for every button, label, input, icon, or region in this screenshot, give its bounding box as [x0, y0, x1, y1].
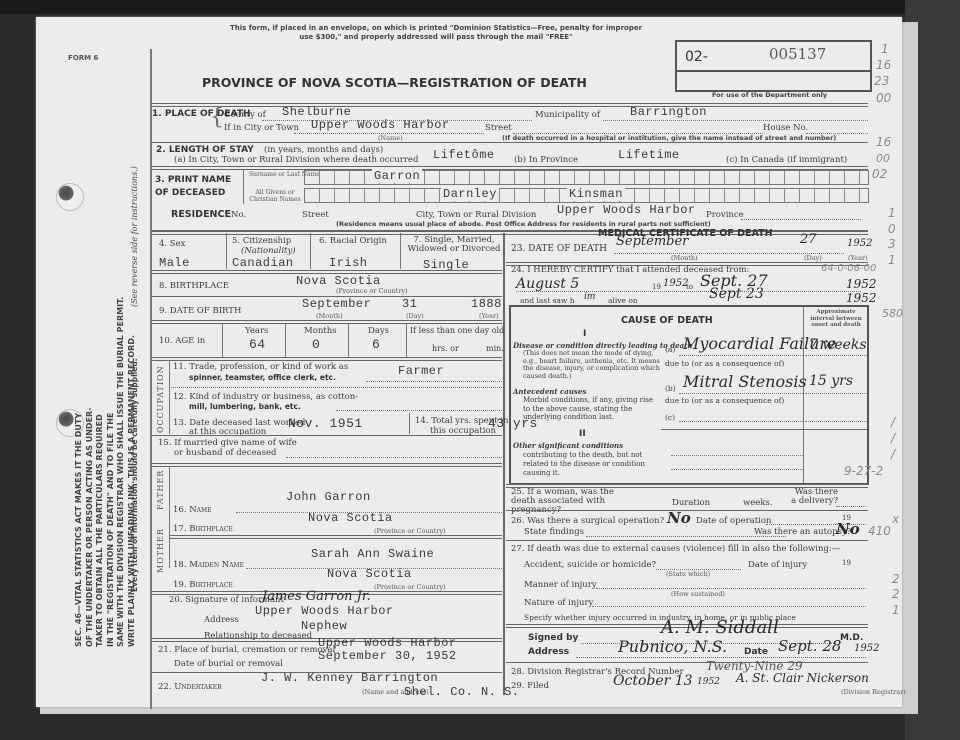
signature-year: 1952: [854, 643, 879, 654]
death-registration-form: FORM 6 SEC. 46—VITAL STATISTICS ACT MAKE…: [36, 17, 902, 707]
dob-day: 31: [402, 297, 417, 311]
undertaker-address: Shel. Co. N. S.: [404, 685, 520, 699]
column-divider: [503, 233, 505, 695]
last-worked-value: Nov. 1951: [288, 416, 363, 431]
margin-rule: [150, 49, 152, 709]
burial-date: September 30, 1952: [318, 649, 457, 663]
residence-city-value: Upper Woods Harbor: [557, 203, 696, 217]
physician-signature: A. M. Siddall: [661, 617, 779, 638]
pencil-tick: /: [891, 415, 895, 429]
informant-signature: James Garron Jr.: [262, 589, 371, 604]
cause-of-death-box: CAUSE OF DEATH Approximate interval betw…: [509, 305, 869, 485]
father-birthplace: Nova Scotia: [308, 511, 393, 525]
pencil-tick: /: [891, 431, 895, 445]
pencil-tick: /: [891, 447, 895, 461]
city-value: Upper Woods Harbor: [311, 118, 450, 132]
given-name-2: Kinsman: [567, 187, 625, 201]
birthplace-value: Nova Scotia: [296, 274, 381, 288]
given-name-1: Darnley: [441, 187, 499, 201]
pencil-mark: 1: [888, 206, 896, 220]
hospital-note: (If death occurred in a hospital or inst…: [502, 134, 836, 142]
department-note: For use of the Department only: [712, 91, 827, 99]
stay-province-value: Lifetime: [618, 148, 680, 162]
death-year: 1952: [847, 238, 872, 249]
burial-place: Upper Woods Harbor: [318, 636, 457, 650]
mother-birthplace: Nova Scotia: [327, 567, 412, 581]
informant-address: Upper Woods Harbor: [255, 604, 394, 618]
trade-value: Farmer: [398, 364, 444, 378]
interval-header: Approximate interval between onset and d…: [806, 309, 866, 329]
registration-prefix: 02-: [685, 49, 708, 65]
pencil-mark: 410: [868, 524, 891, 538]
death-month: September: [616, 234, 688, 249]
signature-date: Sept. 28: [778, 637, 841, 655]
autopsy-value: No: [836, 520, 860, 538]
registration-number: 005137: [769, 45, 826, 63]
place-of-death-label: 1. PLACE OF DEATH: [152, 109, 207, 120]
postal-notice: This form, if placed in an envelope, on …: [216, 24, 656, 42]
surname-value: Garron: [372, 169, 422, 183]
length-of-stay-label: 2. LENGTH OF STAY: [156, 145, 254, 155]
last-saw-pronoun: im: [584, 292, 595, 302]
pencil-delivery-code: 9-27-2: [844, 464, 883, 478]
dob-month: September: [302, 297, 371, 311]
pencil-mark: 1: [892, 603, 900, 617]
cause-heading: CAUSE OF DEATH: [621, 315, 713, 326]
sex-value: Male: [159, 256, 190, 270]
citizenship-value: Canadian: [232, 256, 294, 270]
pencil-mark: 1: [888, 253, 896, 267]
pencil-mark: 00: [876, 91, 891, 105]
death-day: 27: [800, 232, 817, 247]
stay-city-value: Lifetôme: [433, 148, 495, 162]
pencil-mark: 16: [876, 135, 891, 149]
occupation-side-label: OCCUPATION: [156, 365, 165, 433]
form-title: PROVINCE OF NOVA SCOTIA—REGISTRATION OF …: [202, 75, 587, 90]
to-year: 1952: [846, 277, 877, 291]
surgical-operation-value: No: [667, 509, 691, 527]
pencil-mark: 2: [892, 587, 900, 601]
pencil-mark: 1: [881, 42, 889, 56]
dob-year: 1888: [471, 297, 502, 311]
age-months: 0: [312, 337, 320, 352]
age-years: 64: [249, 337, 266, 352]
residence-label: RESIDENCE: [171, 209, 231, 220]
attended-from: August 5: [516, 276, 579, 292]
pencil-mark: 580: [882, 307, 903, 320]
father-side-label: FATHER: [156, 470, 165, 510]
pencil-mark: 3: [888, 237, 896, 251]
side-notice: SEC. 46—VITAL STATISTICS ACT MAKES IT TH…: [74, 297, 138, 647]
supply-note: Every item of information should be care…: [130, 358, 139, 592]
mother-maiden-name: Sarah Ann Swaine: [311, 547, 434, 561]
punch-hole-top: [56, 183, 84, 211]
physician-address: Pubnico, N.S.: [618, 637, 727, 656]
county-value: Shelburne: [282, 105, 351, 119]
instructions-note: (See reverse side for instructions.): [130, 166, 139, 307]
cause-b-value: Mitral Stenosis: [683, 372, 807, 391]
pencil-mark: 02: [872, 167, 887, 181]
cause-b-interval: 15 yrs: [809, 373, 853, 389]
scanner-edge: [0, 0, 960, 14]
filed-year: 1952: [697, 677, 720, 687]
registrar-signature: A. St. Clair Nickerson: [736, 671, 869, 685]
informant-relationship: Nephew: [301, 619, 347, 633]
pencil-age-code: 64-0-06-00: [821, 263, 876, 274]
print-name-label: 3. PRINT NAME OF DECEASED: [155, 174, 231, 200]
undertaker-name: J. W. Kenney Barrington: [261, 671, 438, 685]
pencil-mark: 23: [874, 74, 889, 88]
filed-date: October 13: [613, 673, 693, 689]
form-number: FORM 6: [68, 54, 98, 62]
age-days: 6: [372, 337, 380, 352]
last-saw-year: 1952: [846, 291, 877, 305]
pencil-mark: 2: [892, 572, 900, 586]
pencil-mark: x: [892, 512, 899, 526]
father-name: John Garron: [286, 490, 371, 504]
residence-note: (Residence means usual place of abode. P…: [336, 220, 711, 228]
mother-side-label: MOTHER: [156, 528, 165, 573]
racial-origin-value: Irish: [329, 256, 368, 270]
municipality-value: Barrington: [630, 105, 707, 119]
pencil-mark: 0: [888, 222, 896, 236]
brace: {: [210, 105, 224, 130]
cause-a-interval: 7 weeks: [809, 337, 867, 353]
from-year: 1952: [663, 278, 688, 289]
pencil-mark: 16: [876, 58, 891, 72]
last-saw-date: Sept 23: [709, 286, 764, 302]
department-box: 02- 005137: [675, 40, 872, 92]
pencil-mark: 00: [876, 152, 890, 165]
